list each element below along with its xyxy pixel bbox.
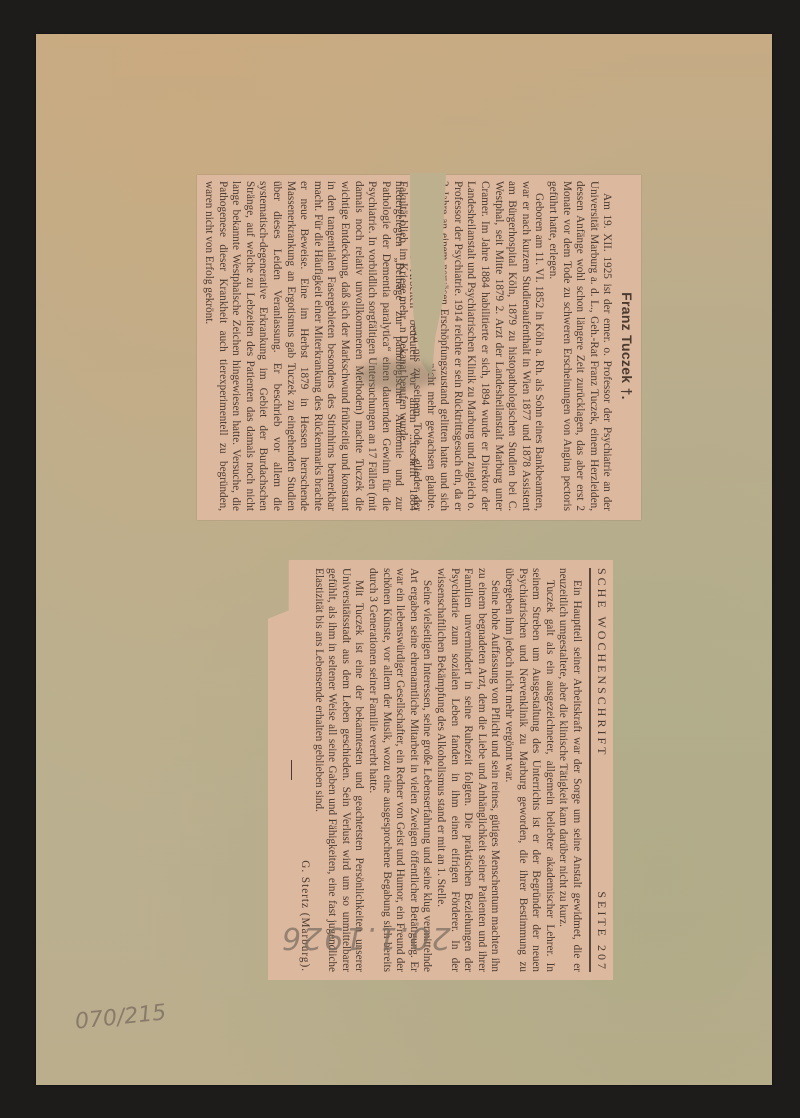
page-number: SEITE 207 [591,891,609,972]
author-signature: G. Stertz (Marburg). [298,568,312,972]
column-body: Ein Hauptteil seiner Arbeitskraft war de… [278,568,583,972]
clipping-obituary-part1: Franz Tuczek †. Am 19. XII. 1925 ist der… [197,175,641,520]
newspaper-name: SCHE WOCHENSCHRIFT [591,568,609,757]
paragraph: Seine hohe Auffassung von Pflicht und se… [433,568,501,972]
end-rule [291,760,292,780]
newspaper-header: SCHE WOCHENSCHRIFT SEITE 207 [589,568,609,972]
column-second: ...senschaftlichen Arbeiten bedeuten vor… [204,181,419,511]
stain [357,360,437,390]
paragraph: Tuczek galt als ein ausgezeichneter, all… [501,568,555,972]
paragraph: Am 19. XII. 1925 ist der emer. o. Profes… [545,181,613,511]
clipping-rotated-content: SCHE WOCHENSCHRIFT SEITE 207 Ein Hauptte… [268,560,613,980]
paragraph: ...senschaftlichen Arbeiten bedeuten vor… [202,181,420,511]
handwritten-date: 20.1.1926 [280,920,451,955]
paragraph: Mit Tuczek ist eine der bekanntesten und… [311,568,365,972]
clipping-obituary-part2: SCHE WOCHENSCHRIFT SEITE 207 Ein Hauptte… [268,560,613,980]
article-title: Franz Tuczek †. [619,181,633,511]
paragraph: Seine vielseitigen Interessen, seine gro… [366,568,434,972]
column-first: Franz Tuczek †. Am 19. XII. 1925 ist der… [425,181,635,511]
paragraph: Ein Hauptteil seiner Arbeitskraft war de… [556,568,583,972]
